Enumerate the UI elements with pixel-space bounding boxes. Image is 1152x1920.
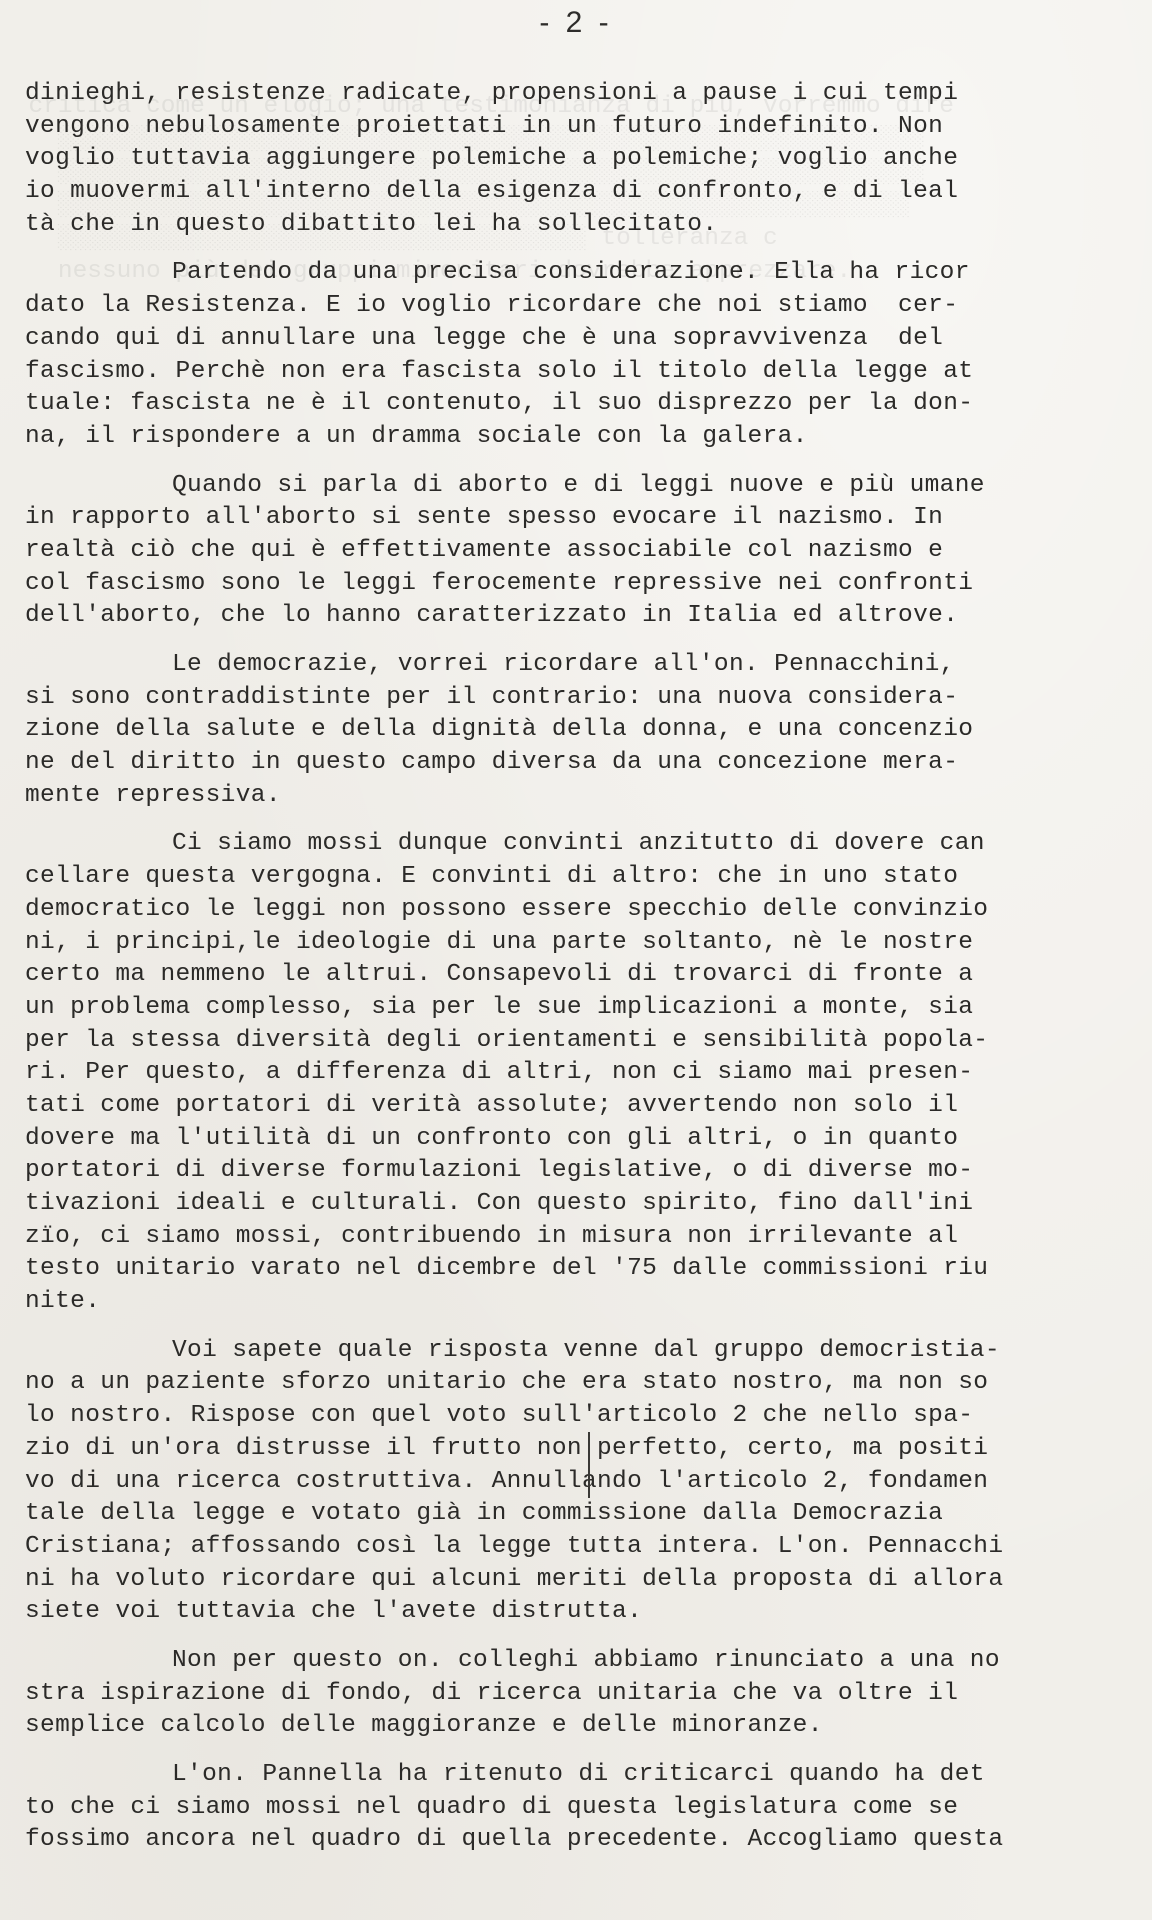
- document-body: dinieghi, resistenze radicate, propensio…: [25, 78, 1145, 1873]
- text-line: tà che in questo dibattito lei ha sollec…: [25, 209, 1145, 242]
- text-line: portatori di diverse formulazioni legisl…: [25, 1155, 1145, 1188]
- text-line: no a un paziente sforzo unitario che era…: [25, 1367, 1145, 1400]
- paragraph: Le democrazie, vorrei ricordare all'on. …: [25, 649, 1145, 812]
- text-line: vo di una ricerca costruttiva. Annulland…: [25, 1466, 1145, 1499]
- text-line: ni ha voluto ricordare qui alcuni meriti…: [25, 1564, 1145, 1597]
- text-line: vengono nebulosamente proiettati in un f…: [25, 111, 1145, 144]
- paragraph: Voi sapete quale risposta venne dal grup…: [25, 1335, 1145, 1629]
- text-line: cando qui di annullare una legge che è u…: [25, 323, 1145, 356]
- paragraph: Partendo da una precisa considerazione. …: [25, 257, 1145, 453]
- text-line: ne del diritto in questo campo diversa d…: [25, 747, 1145, 780]
- text-line: Cristiana; affossando così la legge tutt…: [25, 1531, 1145, 1564]
- text-line: Partendo da una precisa considerazione. …: [25, 257, 1145, 290]
- text-line: democratico le leggi non possono essere …: [25, 894, 1145, 927]
- text-line: Voi sapete quale risposta venne dal grup…: [25, 1335, 1145, 1368]
- text-line: lo nostro. Rispose con quel voto sull'ar…: [25, 1400, 1145, 1433]
- paragraph: Non per questo on. colleghi abbiamo rinu…: [25, 1645, 1145, 1743]
- text-line: dovere ma l'utilità di un confronto con …: [25, 1123, 1145, 1156]
- paragraph: dinieghi, resistenze radicate, propensio…: [25, 78, 1145, 241]
- text-line: voglio tuttavia aggiungere polemiche a p…: [25, 143, 1145, 176]
- text-line: cellare questa vergogna. E convinti di a…: [25, 861, 1145, 894]
- text-line: tati come portatori di verità assolute; …: [25, 1090, 1145, 1123]
- text-line: ri. Per questo, a differenza di altri, n…: [25, 1057, 1145, 1090]
- text-line: Ci siamo mossi dunque convinti anzitutto…: [25, 828, 1145, 861]
- text-line: stra ispirazione di fondo, di ricerca un…: [25, 1678, 1145, 1711]
- text-line: in rapporto all'aborto si sente spesso e…: [25, 502, 1145, 535]
- text-line: testo unitario varato nel dicembre del '…: [25, 1253, 1145, 1286]
- text-line: dato la Resistenza. E io voglio ricordar…: [25, 290, 1145, 323]
- text-line: dell'aborto, che lo hanno caratterizzato…: [25, 600, 1145, 633]
- scanned-page: critica come un elogio; una testimonianz…: [0, 0, 1152, 1920]
- text-line: na, il rispondere a un dramma sociale co…: [25, 421, 1145, 454]
- text-line: zïo, ci siamo mossi, contribuendo in mis…: [25, 1221, 1145, 1254]
- text-line: mente repressiva.: [25, 780, 1145, 813]
- text-line: Le democrazie, vorrei ricordare all'on. …: [25, 649, 1145, 682]
- text-line: io muovermi all'interno della esigenza d…: [25, 176, 1145, 209]
- text-line: fossimo ancora nel quadro di quella prec…: [25, 1824, 1145, 1857]
- text-line: Quando si parla di aborto e di leggi nuo…: [25, 470, 1145, 503]
- text-line: dinieghi, resistenze radicate, propensio…: [25, 78, 1145, 111]
- text-line: tivazioni ideali e culturali. Con questo…: [25, 1188, 1145, 1221]
- text-line: si sono contraddistinte per il contrario…: [25, 682, 1145, 715]
- text-line: Non per questo on. colleghi abbiamo rinu…: [25, 1645, 1145, 1678]
- text-line: siete voi tuttavia che l'avete distrutta…: [25, 1596, 1145, 1629]
- text-line: per la stessa diversità degli orientamen…: [25, 1025, 1145, 1058]
- text-line: un problema complesso, sia per le sue im…: [25, 992, 1145, 1025]
- text-line: nite.: [25, 1286, 1145, 1319]
- text-line: col fascismo sono le leggi ferocemente r…: [25, 568, 1145, 601]
- text-line: zione della salute e della dignità della…: [25, 714, 1145, 747]
- margin-mark-line: [588, 1432, 590, 1498]
- text-line: certo ma nemmeno le altrui. Consapevoli …: [25, 959, 1145, 992]
- text-line: to che ci siamo mossi nel quadro di ques…: [25, 1792, 1145, 1825]
- page-number: - 2 -: [0, 6, 1152, 40]
- text-line: L'on. Pannella ha ritenuto di criticarci…: [25, 1759, 1145, 1792]
- text-line: semplice calcolo delle maggioranze e del…: [25, 1710, 1145, 1743]
- text-line: fascismo. Perchè non era fascista solo i…: [25, 356, 1145, 389]
- text-line: tale della legge e votato già in commiss…: [25, 1498, 1145, 1531]
- text-line: realtà ciò che qui è effettivamente asso…: [25, 535, 1145, 568]
- paragraph: L'on. Pannella ha ritenuto di criticarci…: [25, 1759, 1145, 1857]
- text-line: zio di un'ora distrusse il frutto non pe…: [25, 1433, 1145, 1466]
- paragraph: Quando si parla di aborto e di leggi nuo…: [25, 470, 1145, 633]
- text-line: ni, i principi,le ideologie di una parte…: [25, 927, 1145, 960]
- paragraph: Ci siamo mossi dunque convinti anzitutto…: [25, 828, 1145, 1318]
- text-line: tuale: fascista ne è il contenuto, il su…: [25, 388, 1145, 421]
